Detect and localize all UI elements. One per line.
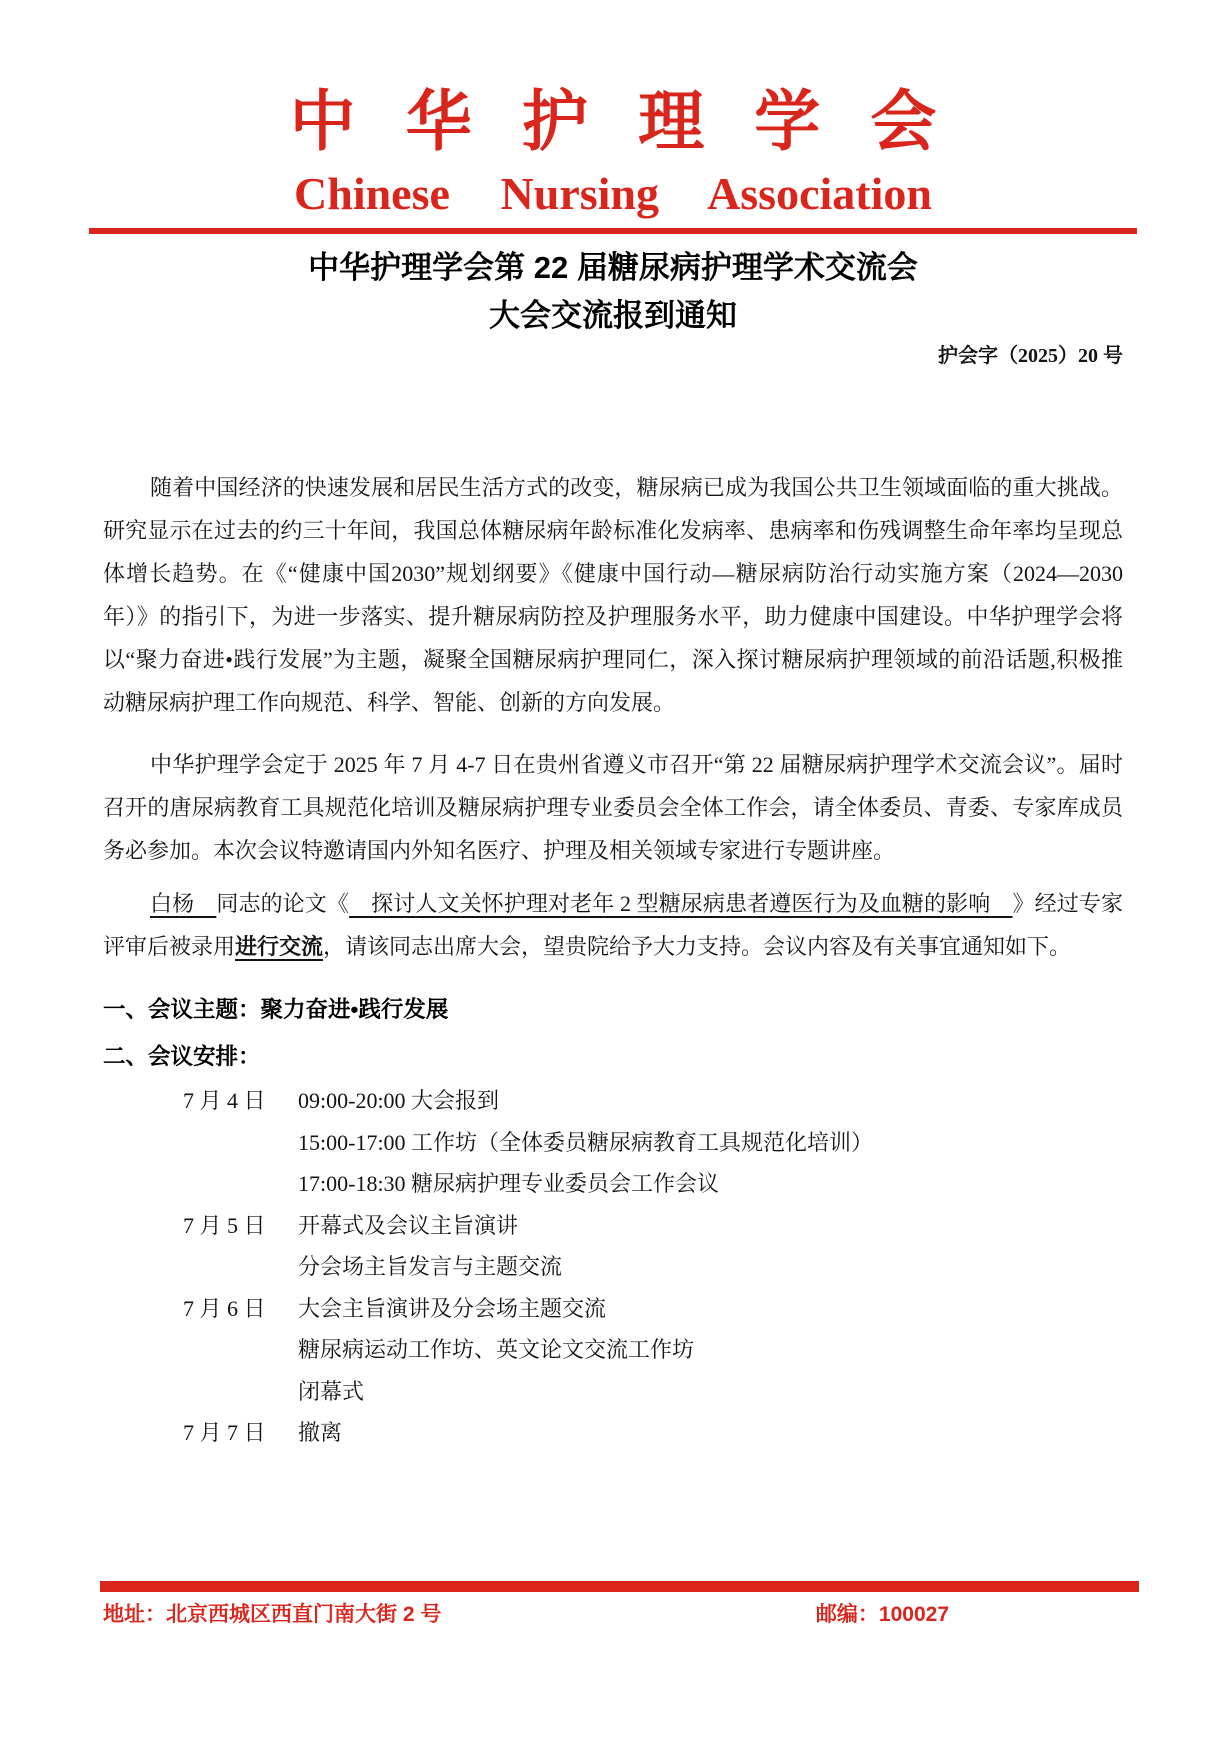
paragraph-background: 随着中国经济的快速发展和居民生活方式的改变，糖尿病已成为我国公共卫生领域面临的重… [103, 466, 1123, 724]
paper-title: 探讨人文关怀护理对老年 2 型糖尿病患者遵医行为及血糖的影响 [349, 891, 1012, 916]
schedule-item: 大会主旨演讲及分会场主题交流 [298, 1288, 1123, 1330]
schedule-row: 7 月 4 日09:00-20:00 大会报到 [103, 1080, 1123, 1122]
footer-postcode: 邮编：100027 [816, 1602, 949, 1628]
schedule-row: 15:00-17:00 工作坊（全体委员糖尿病教育工具规范化培训） [103, 1122, 1123, 1164]
schedule-item: 09:00-20:00 大会报到 [298, 1080, 1123, 1122]
schedule-item: 15:00-17:00 工作坊（全体委员糖尿病教育工具规范化培训） [298, 1122, 1123, 1164]
schedule-date: 7 月 5 日 [183, 1205, 298, 1247]
schedule-list: 7 月 4 日09:00-20:00 大会报到 15:00-17:00 工作坊（… [103, 1080, 1123, 1454]
schedule-date [183, 1329, 298, 1371]
footer-contact-line: 地址：北京西城区西直门南大街 2 号 邮编：100027 [103, 1602, 1123, 1628]
schedule-row: 7 月 7 日撤离 [103, 1412, 1123, 1454]
schedule-date [183, 1122, 298, 1164]
notice-document-page: 中华护理学会 Chinese Nursing Association 中华护理学… [0, 0, 1224, 1737]
schedule-date: 7 月 7 日 [183, 1412, 298, 1454]
document-title: 中华护理学会第 22 届糖尿病护理学术交流会 [103, 248, 1123, 288]
section-heading-agenda: 二、会议安排： [103, 1033, 1123, 1080]
schedule-item: 17:00-18:30 糖尿病护理专业委员会工作会议 [298, 1163, 1123, 1205]
document-subtitle: 大会交流报到通知 [103, 296, 1123, 336]
schedule-item: 分会场主旨发言与主题交流 [298, 1246, 1123, 1288]
section-heading-theme: 一、会议主题：聚力奋进•践行发展 [103, 986, 1123, 1033]
acceptance-type: 进行交流 [235, 934, 323, 959]
letterhead-rule [89, 228, 1137, 234]
author-name: 白杨 [150, 891, 216, 916]
schedule-date: 7 月 4 日 [183, 1080, 298, 1122]
schedule-row: 7 月 5 日开幕式及会议主旨演讲 [103, 1205, 1123, 1247]
paragraph-meeting-info: 中华护理学会定于 2025 年 7 月 4-7 日在贵州省遵义市召开“第 22 … [103, 743, 1123, 872]
schedule-date [183, 1246, 298, 1288]
paragraph-paper-acceptance: 白杨 同志的论文《 探讨人文关怀护理对老年 2 型糖尿病患者遵医行为及血糖的影响… [103, 882, 1123, 968]
footer-address: 地址：北京西城区西直门南大街 2 号 [103, 1602, 441, 1628]
org-name-chinese: 中华护理学会 [103, 84, 1123, 162]
org-name-english: Chinese Nursing Association [103, 166, 1123, 222]
schedule-item: 闭幕式 [298, 1371, 1123, 1413]
acceptance-text-mid: 同志的论文《 [216, 891, 349, 916]
acceptance-text-tail: ，请该同志出席大会，望贵院给予大力支持。会议内容及有关事宜通知如下。 [323, 934, 1071, 959]
schedule-row: 7 月 6 日大会主旨演讲及分会场主题交流 [103, 1288, 1123, 1330]
schedule-date: 7 月 6 日 [183, 1288, 298, 1330]
schedule-row: 17:00-18:30 糖尿病护理专业委员会工作会议 [103, 1163, 1123, 1205]
schedule-row: 糖尿病运动工作坊、英文论文交流工作坊 [103, 1329, 1123, 1371]
schedule-item: 开幕式及会议主旨演讲 [298, 1205, 1123, 1247]
notice-body: 随着中国经济的快速发展和居民生活方式的改变，糖尿病已成为我国公共卫生领域面临的重… [103, 466, 1123, 968]
schedule-item: 糖尿病运动工作坊、英文论文交流工作坊 [298, 1329, 1123, 1371]
schedule-date [183, 1371, 298, 1413]
footer-rule [100, 1581, 1139, 1592]
schedule-row: 分会场主旨发言与主题交流 [103, 1246, 1123, 1288]
quote-close: 》 [1013, 891, 1035, 916]
page-footer: 地址：北京西城区西直门南大街 2 号 邮编：100027 [103, 1581, 1123, 1628]
schedule-date [183, 1163, 298, 1205]
document-reference-number: 护会字（2025）20 号 [103, 342, 1123, 370]
schedule-row: 闭幕式 [103, 1371, 1123, 1413]
letterhead: 中华护理学会 Chinese Nursing Association [103, 84, 1123, 234]
schedule-item: 撤离 [298, 1412, 1123, 1454]
